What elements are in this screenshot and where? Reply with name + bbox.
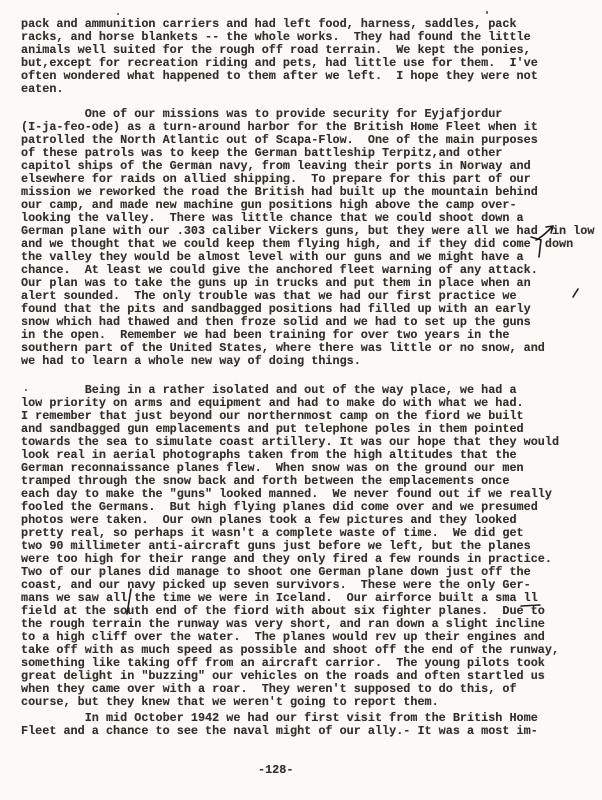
text-line: Fleet and a chance to see the naval migh… (21, 725, 538, 738)
page-number: -128- (258, 764, 293, 777)
text-line: eaten. (21, 83, 538, 96)
text-line: often wondered what happened to them aft… (21, 70, 538, 83)
scan-speck (25, 389, 27, 391)
scan-speck (486, 11, 488, 14)
text-line: course, but they knew that we weren't go… (21, 696, 559, 709)
paragraph-4: In mid October 1942 we had our first vis… (21, 712, 538, 738)
scan-speck (117, 13, 119, 15)
typewritten-scan-page: pack and ammunition carriers and had lef… (0, 0, 602, 800)
paragraph-3: Being in a rather isolated and out of th… (21, 384, 559, 709)
paragraph-1: pack and ammunition carriers and had lef… (21, 18, 538, 96)
paragraph-2: One of our missions was to provide secur… (21, 108, 594, 368)
text-line: we had to learn a whole new way of doing… (21, 355, 594, 368)
